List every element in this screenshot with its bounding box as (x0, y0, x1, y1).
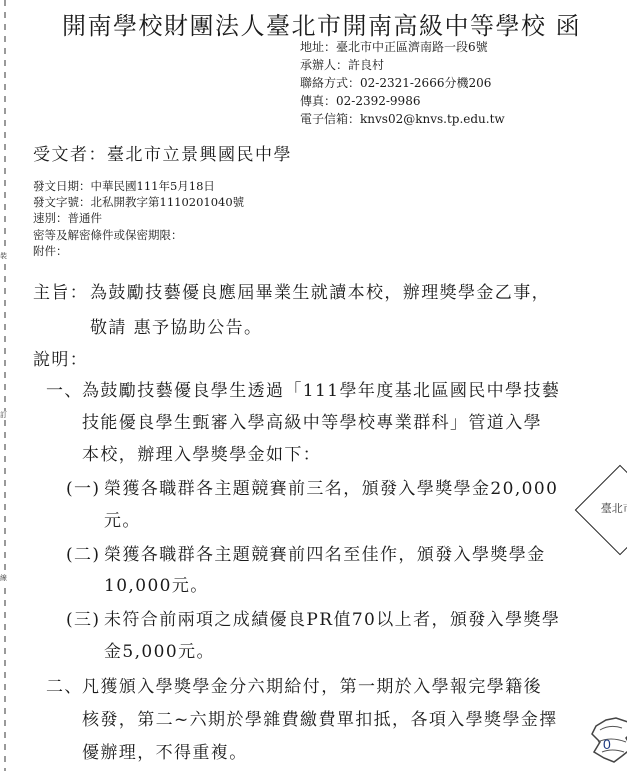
item-marker: 二、 (46, 672, 83, 697)
subitem-marker: (一) (66, 474, 100, 499)
item-line: 技能優良學生甄審入學高級中等學校專業群科」管道入學 (82, 408, 542, 433)
item-line: 本校，辦理入學獎學金如下： (82, 440, 321, 465)
contact-handler: 承辦人：許良村 (300, 56, 384, 75)
item-line: 核發，第二~六期於學雜費繳費單扣抵，各項入學獎學金擇 (82, 705, 558, 730)
meta-speed: 速別：普通件 (33, 210, 102, 226)
binding-mark-xian: 線 (0, 574, 10, 583)
meta-number: 發文字號：北私開教字第1110201040號 (33, 194, 244, 210)
contact-phone: 聯絡方式：02-2321-2666分機206 (300, 74, 491, 93)
subitem-line: 未符合前兩項之成績優良PR值70以上者，頒發入學獎學 (104, 605, 560, 630)
item-line: 優辦理，不得重複。 (82, 738, 248, 763)
subitem-marker: (二) (66, 540, 100, 565)
meta-attachment: 附件： (33, 243, 68, 259)
subitem-line: 榮獲各職群各主題競賽前四名至佳作，頒發入學獎學金 (104, 540, 546, 565)
binding-line (4, 0, 6, 771)
recipient: 受文者：臺北市立景興國民中學 (33, 140, 292, 165)
subitem-line: 金5,000元。 (104, 637, 215, 662)
contact-address: 地址：臺北市中正區濟南路一段6號 (300, 38, 488, 57)
binding-mark-zhuang: 裝 (0, 252, 10, 261)
subitem-line: 元。 (104, 506, 141, 531)
subitem-marker: (三) (66, 605, 100, 630)
subject-line-2: 敬請 惠予協助公告。 (90, 313, 262, 338)
item-line: 為鼓勵技藝優良學生透過「111學年度基北區國民中學技藝 (82, 376, 560, 401)
item-marker: 一、 (46, 376, 83, 401)
binding-mark-ding: 訂 (0, 411, 10, 420)
contact-fax: 傳真：02-2392-9986 (300, 92, 420, 111)
subitem-line: 榮獲各職群各主題競賽前三名，頒發入學獎學金20,000 (104, 474, 558, 499)
meta-date: 發文日期：中華民國111年5月18日 (33, 178, 215, 194)
explanation-label: 說明： (33, 345, 88, 370)
subject-line-1: 為鼓勵技藝優良應屆畢業生就讀本校，辦理獎學金乙事， (90, 278, 550, 303)
document-title: 開南學校財團法人臺北市開南高級中等學校 函 (62, 6, 581, 41)
meta-secrecy: 密等及解密條件或保密期限： (33, 227, 183, 243)
page-number: 0 (603, 736, 611, 752)
item-line: 凡獲頒入學獎學金分六期給付，第一期於入學報完學籍後 (82, 672, 542, 697)
stamp-text: 臺北市 (601, 500, 627, 516)
subitem-line: 10,000元。 (104, 571, 209, 596)
subject-label: 主旨： (33, 278, 88, 303)
contact-email: 電子信箱：knvs02@knvs.tp.edu.tw (300, 110, 505, 129)
official-seal-stamp: 臺北市 (575, 465, 627, 556)
